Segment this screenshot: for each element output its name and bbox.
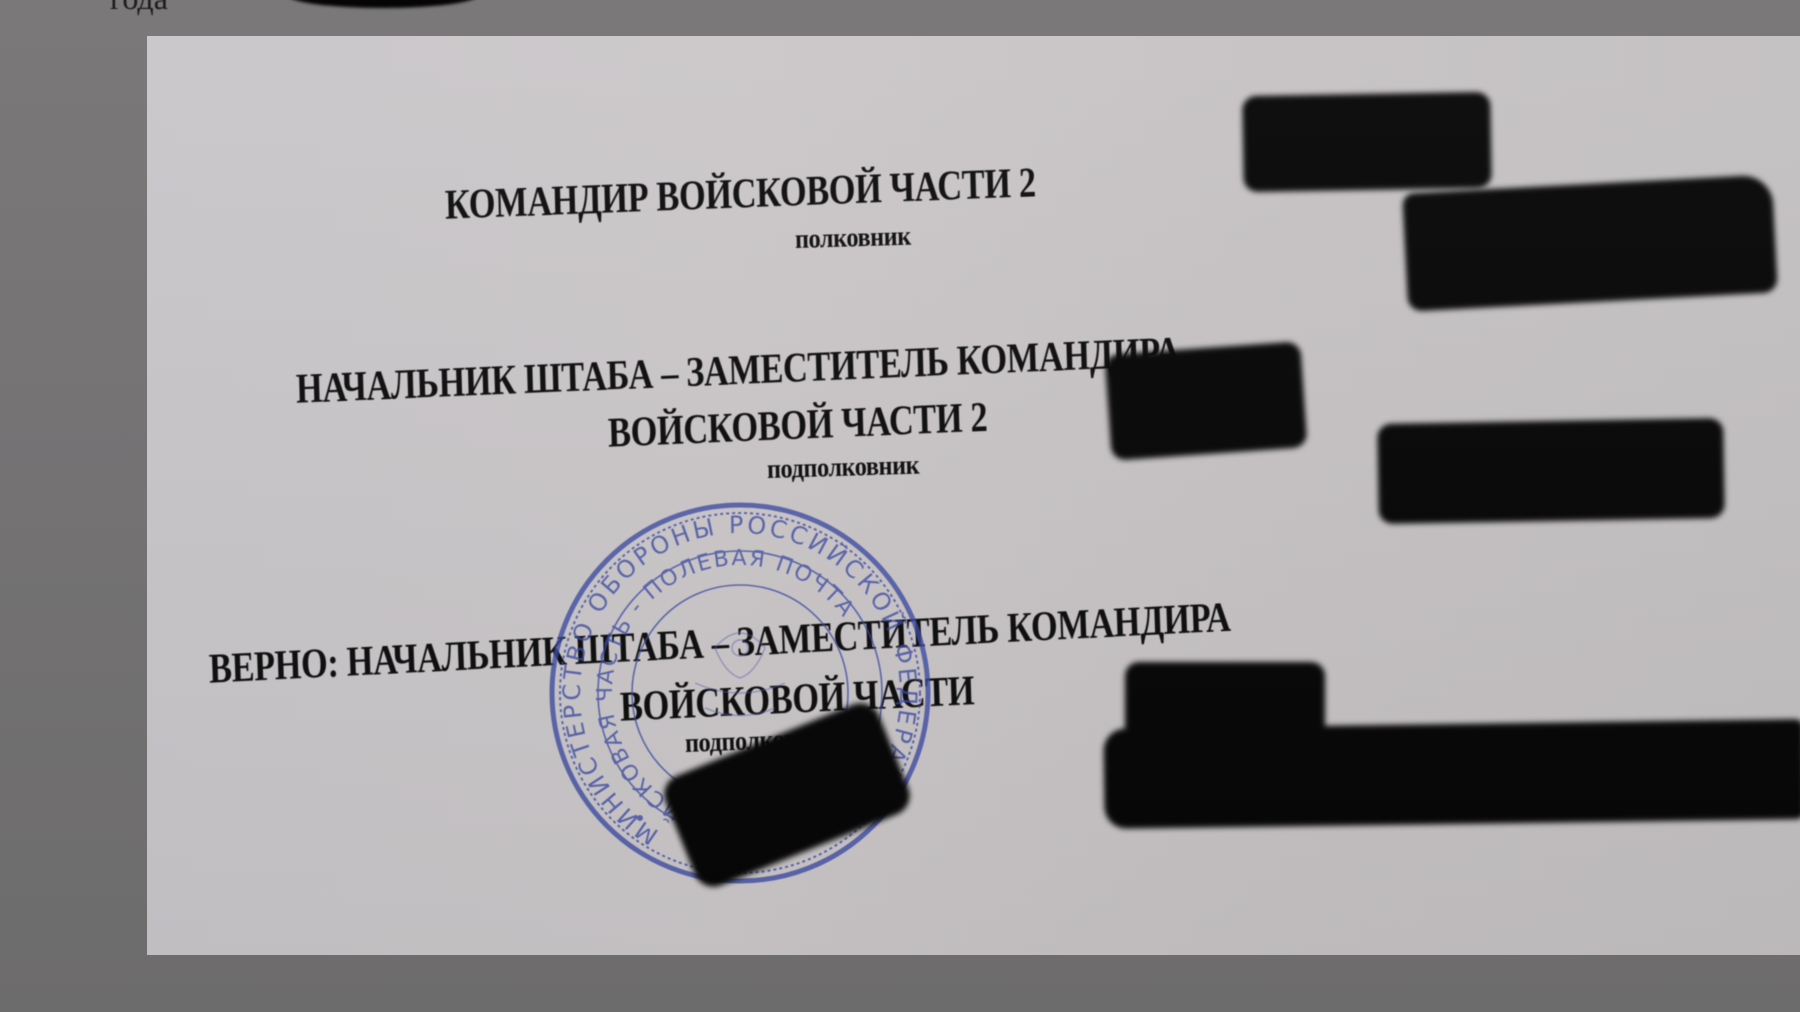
chief-of-staff-title-line2: ВОЙСКОВОЙ ЧАСТИ 2 xyxy=(607,394,988,458)
document-page: КОМАНДИР ВОЙСКОВОЙ ЧАСТИ 2 полковник НАЧ… xyxy=(147,36,1800,955)
redaction-mark-top xyxy=(288,0,478,8)
redaction-mark xyxy=(1242,92,1492,192)
chief-of-staff-rank: подполковник xyxy=(767,450,920,485)
commander-title: КОМАНДИР ВОЙСКОВОЙ ЧАСТИ 2 xyxy=(444,159,1036,230)
commander-rank: полковник xyxy=(795,221,911,255)
redaction-mark xyxy=(1377,418,1725,524)
redaction-mark xyxy=(1103,719,1800,829)
chief-of-staff-title-line1: НАЧАЛЬНИК ШТАБА – ЗАМЕСТИТЕЛЬ КОМАНДИРА xyxy=(295,328,1180,414)
redaction-mark xyxy=(1402,174,1778,311)
redaction-mark xyxy=(1105,341,1308,460)
stamp-dot xyxy=(637,815,643,821)
top-caption: года xyxy=(110,0,168,17)
certified-title-line2: ВОЙСКОВОЙ ЧАСТИ xyxy=(619,667,975,732)
